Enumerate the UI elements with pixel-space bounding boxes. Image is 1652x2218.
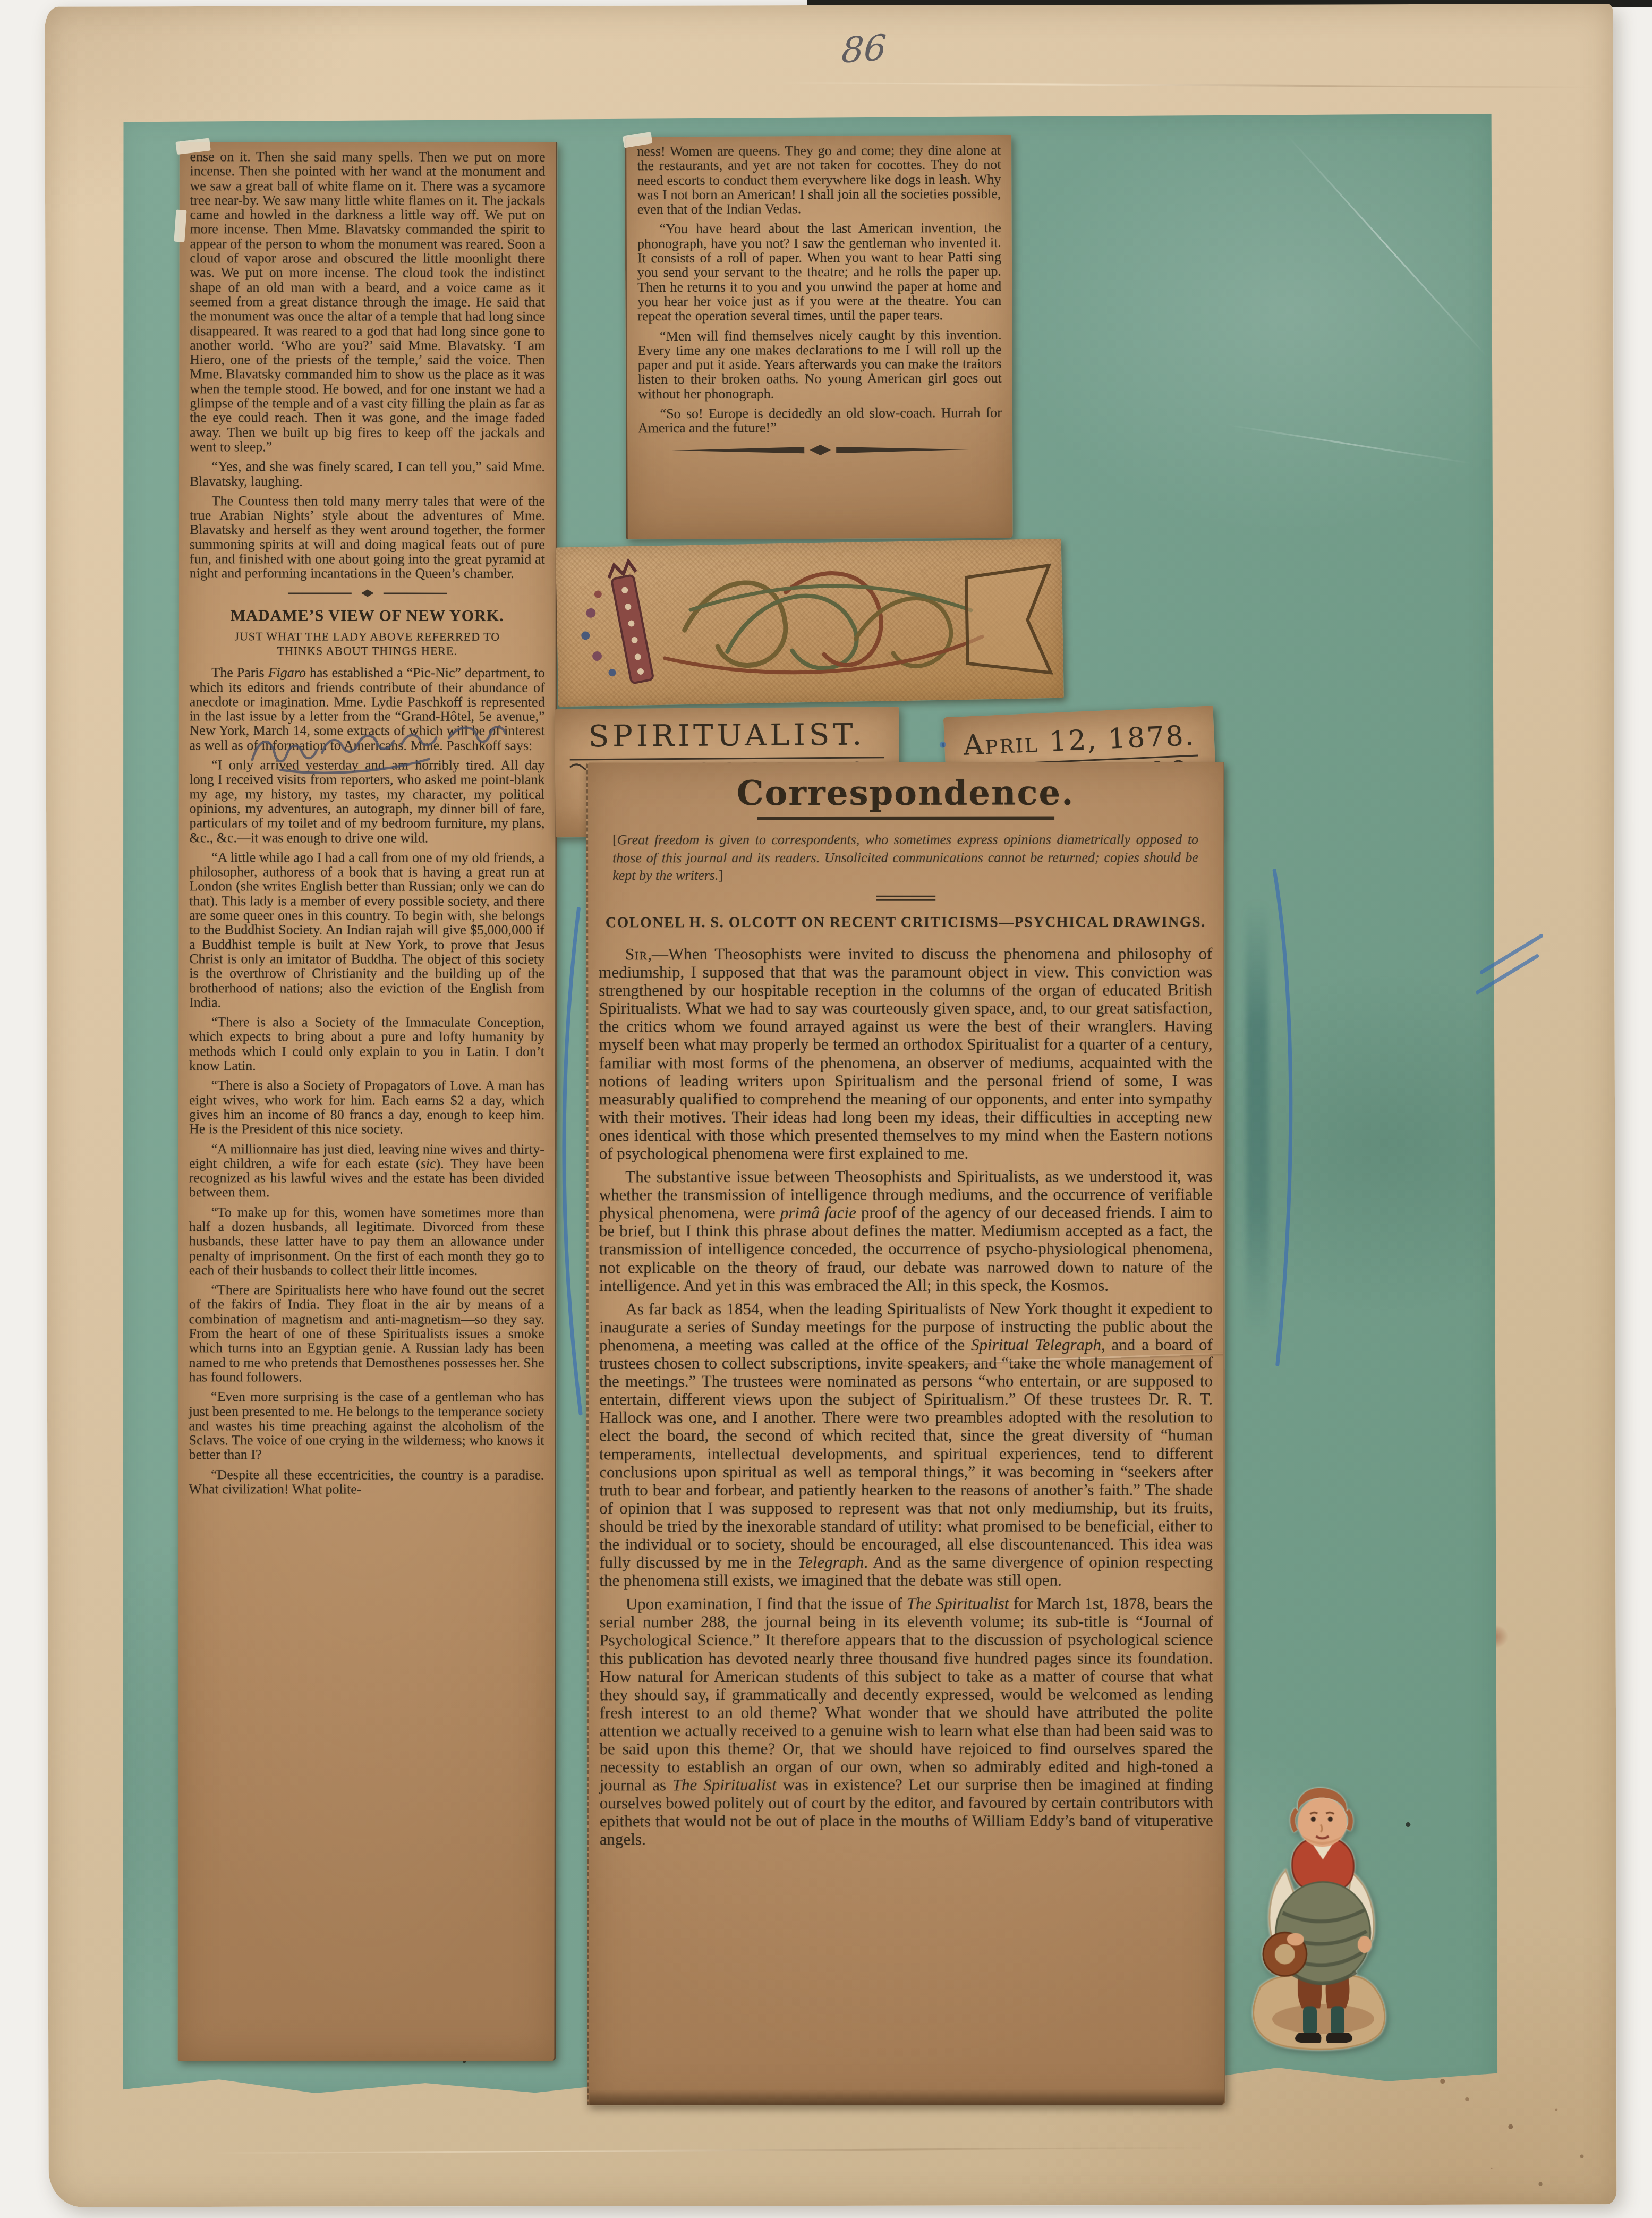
victorian-figure-scrap (1238, 1784, 1403, 2055)
madames-view-text: The Paris Figaro has established a “Pic-… (189, 666, 544, 1497)
line-diamond-rule-icon (287, 588, 447, 598)
end-rule (638, 441, 1002, 457)
torn-paper-sliver (174, 210, 186, 242)
page-crease (778, 82, 1596, 88)
double-dash-divider (876, 896, 935, 901)
paragraph: Sir,—When Theosophists were invited to d… (599, 945, 1212, 1162)
paragraph: ense on it. Then she said many spells. T… (190, 149, 546, 454)
clipping-middle-column: ness! Women are queens. They go and come… (625, 135, 1013, 540)
crown-icon (569, 560, 657, 691)
madames-view-subheading-1: JUST WHAT THE LADY ABOVE REFERRED TO (190, 630, 545, 643)
article-heading: COLONEL H. S. OLCOTT ON RECENT CRITICISM… (599, 914, 1212, 931)
paragraph: “Men will find themselves nicely caught … (637, 327, 1001, 401)
paragraph: “Even more surprising is the case of a g… (189, 1389, 544, 1462)
ink-speck (1406, 1822, 1410, 1827)
monogram-banner-scrap (556, 539, 1064, 707)
monogram-flourish-icon (556, 539, 1064, 707)
paragraph: As far back as 1854, when the leading Sp… (599, 1299, 1213, 1590)
paper-crease (1226, 424, 1473, 464)
paragraph: The Paris Figaro has established a “Pic-… (190, 666, 545, 753)
thick-thin-rule (757, 817, 1054, 820)
soil-speckles (1440, 2079, 1445, 2084)
correspondence-header: Correspondence. (599, 775, 1212, 812)
journal-title: SPIRITUALIST. (562, 719, 891, 753)
paragraph: “Yes, and she was finely scared, I can t… (190, 459, 545, 488)
paragraph: “A millionnaire has just died, leaving n… (189, 1142, 544, 1200)
madames-view-subheading-2: THINKS ABOUT THINGS HERE. (190, 644, 545, 657)
paragraph: “To make up for this, women have sometim… (189, 1205, 544, 1278)
ink-streak (1246, 900, 1268, 1336)
paragraph: “There is also a Society of Propagators … (189, 1078, 544, 1137)
section-divider (190, 588, 545, 598)
paragraph: “So so! Europe is decidedly an old slow-… (638, 405, 1002, 436)
tapered-rule-icon (661, 442, 980, 458)
paper-crease (1287, 135, 1488, 357)
editorial-note: [Great freedom is given to correspondent… (599, 831, 1212, 885)
clipping-correspondence: Correspondence. [Great freedom is given … (586, 762, 1225, 2105)
blavatsky-story-text: ense on it. Then she said many spells. T… (190, 149, 546, 581)
page-crease (208, 2147, 1217, 2154)
paragraph: “I only arrived yesterday and am horribl… (189, 758, 544, 845)
paragraph: “Despite all these eccentricities, the c… (189, 1467, 544, 1497)
ribbon-tail-icon (966, 565, 1051, 674)
paschkoff-letter-continued: ness! Women are queens. They go and come… (637, 143, 1002, 436)
paragraph: Upon examination, I find that the issue … (599, 1595, 1213, 1849)
portly-man-illustration (1238, 1784, 1403, 2055)
paragraph: The Countess then told many merry tales … (190, 494, 545, 581)
clipping-left-column: ense on it. Then she said many spells. T… (177, 142, 557, 2061)
scrapbook-scan: 86 ense on it. Then she said many spells… (0, 0, 1652, 2218)
paragraph: “There are Spiritualists here who have f… (189, 1282, 544, 1384)
paragraph: “You have heard about the last American … (637, 220, 1002, 323)
madames-view-heading: MADAME’S VIEW OF NEW YORK. (190, 607, 545, 624)
paragraph: ness! Women are queens. They go and come… (637, 143, 1001, 217)
paragraph: “There is also a Society of the Immacula… (189, 1015, 544, 1073)
paragraph: “A little while ago I had a call from on… (189, 850, 544, 1010)
scrapbook-page: 86 ense on it. Then she said many spells… (45, 4, 1616, 2207)
page-number: 86 (840, 27, 887, 71)
olcott-letter-text: Sir,—When Theosophists were invited to d… (599, 945, 1213, 1849)
paragraph: The substantive issue between Theosophis… (599, 1167, 1213, 1295)
